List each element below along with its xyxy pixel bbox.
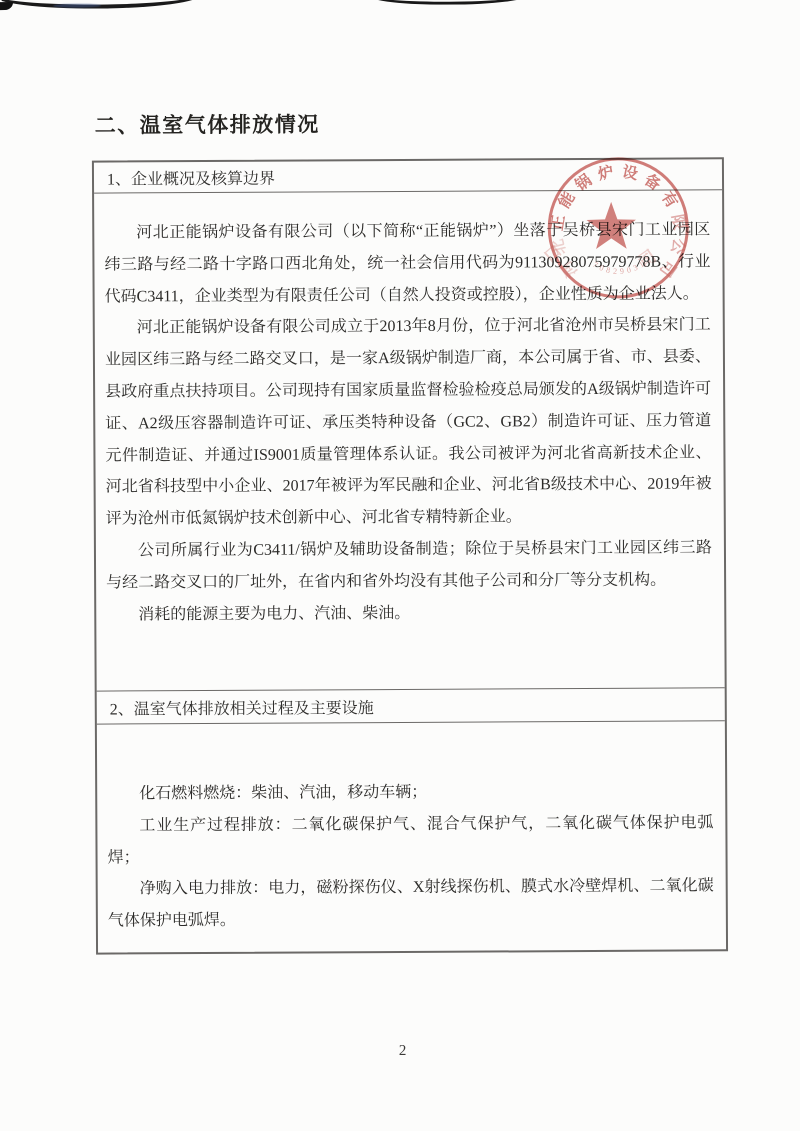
seal-ghost-mark: 司 bbox=[635, 247, 660, 272]
company-seal-stamp: 河北正能锅炉设备有限公司13092807口司 bbox=[538, 147, 699, 308]
section-title: 二、温室气体排放情况 bbox=[95, 108, 320, 139]
seal-code-digit: 2 bbox=[613, 267, 618, 276]
seal-arc-character: 有 bbox=[658, 188, 683, 212]
seal-code-digit: 0 bbox=[626, 265, 632, 275]
table-heading-1-label: 1、企业概况及核算边界 bbox=[107, 165, 275, 189]
paragraph: 化石燃料燃烧：柴油、汽油，移动车辆； bbox=[107, 775, 713, 810]
paragraph: 净购入电力排放：电力，磁粉探伤仪、X射线探伤机、膜式水冷壁焊机、二氧化碳气体保护… bbox=[108, 871, 714, 938]
seal-arc-character: 河 bbox=[557, 257, 581, 281]
scan-edge-artifact-middle bbox=[369, 0, 529, 5]
seal-arc-character: 公 bbox=[667, 237, 688, 257]
paragraph: 河北正能锅炉设备有限公司成立于2013年8月份，位于河北省沧州市吴桥县宋门工业园… bbox=[105, 310, 712, 536]
scan-edge-artifact-corner bbox=[0, 2, 13, 10]
table-heading-2-label: 2、温室气体排放相关过程及主要设施 bbox=[110, 695, 374, 719]
scan-edge-artifact-left bbox=[0, 0, 201, 9]
seal-code-digit: 0 bbox=[598, 263, 605, 273]
paragraph: 工业生产过程排放：二氧化碳保护气、混合气保护气，二氧化碳气体保护电弧焊； bbox=[107, 807, 713, 874]
seal-code-digit: 8 bbox=[605, 265, 611, 275]
star-icon bbox=[586, 202, 636, 249]
seal-arc-character: 设 bbox=[621, 163, 640, 184]
scan-edge-smudge bbox=[53, 4, 101, 8]
seal-arc-character: 正 bbox=[548, 213, 568, 232]
seal-code-digit: 9 bbox=[620, 267, 625, 276]
paragraph: 公司所属行业为C3411/锅炉及辅助设备制造；除位于吴桥县宋门工业园区纬三路与经… bbox=[106, 532, 712, 599]
scanned-page: 二、温室气体排放情况 1、企业概况及核算边界 河北正能锅炉设备有限公司（以下简称… bbox=[0, 0, 800, 1131]
table-heading-row-2: 2、温室气体排放相关过程及主要设施 bbox=[97, 688, 725, 724]
table-content-cell-2: 化石燃料燃烧：柴油、汽油，移动车辆； 工业生产过程排放：二氧化碳保护气、混合气保… bbox=[97, 721, 726, 952]
page-number: 2 bbox=[3, 1041, 800, 1062]
seal-arc-character: 司 bbox=[656, 257, 680, 281]
seal-arc-character: 炉 bbox=[595, 162, 616, 184]
paragraph: 消耗的能源主要为电力、汽油、柴油。 bbox=[106, 596, 712, 631]
